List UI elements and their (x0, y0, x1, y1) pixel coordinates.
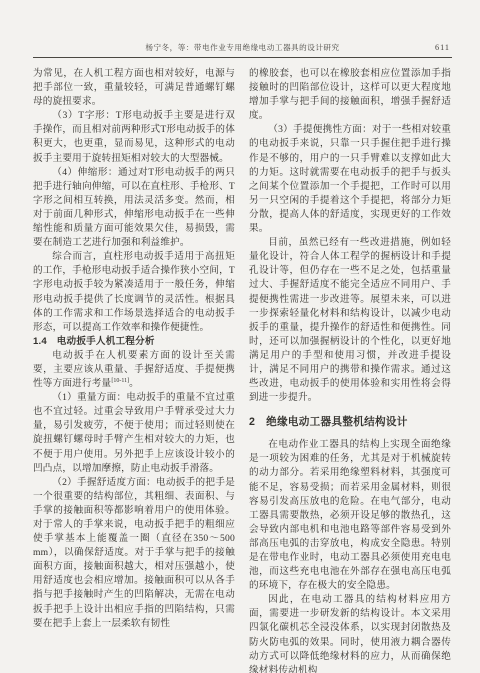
header-rule (33, 57, 452, 58)
paragraph: （3）T字形：T形电动扳手主要是进行双手操作，而且相对前两种形式T形电动扳手的体… (33, 109, 235, 165)
two-column-body: 为常见，在人机工程方面也相对较好，电源与把手部位一致，重量较轻，可满足普通螺钉螺… (33, 67, 452, 673)
running-header: 杨宁冬，等：带电作业专用绝缘电动工器具的设计研究 611 (33, 42, 452, 54)
section-heading: 2 绝缘电动工器具整机结构设计 (249, 415, 451, 429)
paragraph: （3）手提便携性方面：对于一些相对较重的电动扳手来说，只靠一只手握住把手进行操作… (249, 123, 451, 236)
paragraph: （2）手握舒适度方面：电动扳手的把手是一个很重要的结构部位，其粗细、表面积、与手… (33, 476, 235, 631)
running-header-title: 杨宁冬，等：带电作业专用绝缘电动工器具的设计研究 (145, 43, 339, 52)
paragraph: （4）伸缩形：通过对T形电动扳手的两只把手进行轴向伸缩，可以在直柱形、手枪形、T… (33, 166, 235, 251)
paragraph: 目前，虽然已经有一些改进措施，例如轻量化设计，符合人体工程学的握柄设计和手提孔设… (249, 236, 451, 405)
paragraph: （1）重量方面：电动扳手的重量不宜过重也不宜过轻。过重会导致用户手臂承受过大力量… (33, 391, 235, 476)
paragraph: 的橡胶套，也可以在橡胶套相应位置添加手指接触时的凹陷部位设计，这样可以更大程度地… (249, 67, 451, 123)
left-column: 为常见，在人机工程方面也相对较好，电源与把手部位一致，重量较轻，可满足普通螺钉螺… (33, 67, 235, 673)
paragraph: 在电动作业工器具的结构上实现全面绝缘是一项较为困难的任务，尤其是对于机械旋转的动… (249, 438, 451, 593)
page-number: 611 (435, 42, 450, 54)
paragraph: 为常见，在人机工程方面也相对较好，电源与把手部位一致，重量较轻，可满足普通螺钉螺… (33, 67, 235, 109)
paragraph: 综合而言，直柱形电动扳手适用于高扭矩的工作，手枪形电动扳手适合操作狭小空间，T字… (33, 250, 235, 335)
citation-reference: [10-11] (111, 378, 129, 384)
paragraph: 因此，在电动工器具的结构材料应用方面，需要进一步研发新的结构设计。本文采用四氯化… (249, 593, 451, 673)
right-column: 的橡胶套，也可以在橡胶套相应位置添加手指接触时的凹陷部位设计，这样可以更大程度地… (249, 67, 451, 673)
paragraph: 电动扳手在人机要素方面的设计至关需要，主要应该从重量、手握舒适度、手提便携性等方… (33, 349, 235, 391)
paper-page: 杨宁冬，等：带电作业专用绝缘电动工器具的设计研究 611 为常见，在人机工程方面… (0, 0, 480, 673)
section-heading: 1.4 电动扳手人机工程分析 (33, 335, 235, 349)
